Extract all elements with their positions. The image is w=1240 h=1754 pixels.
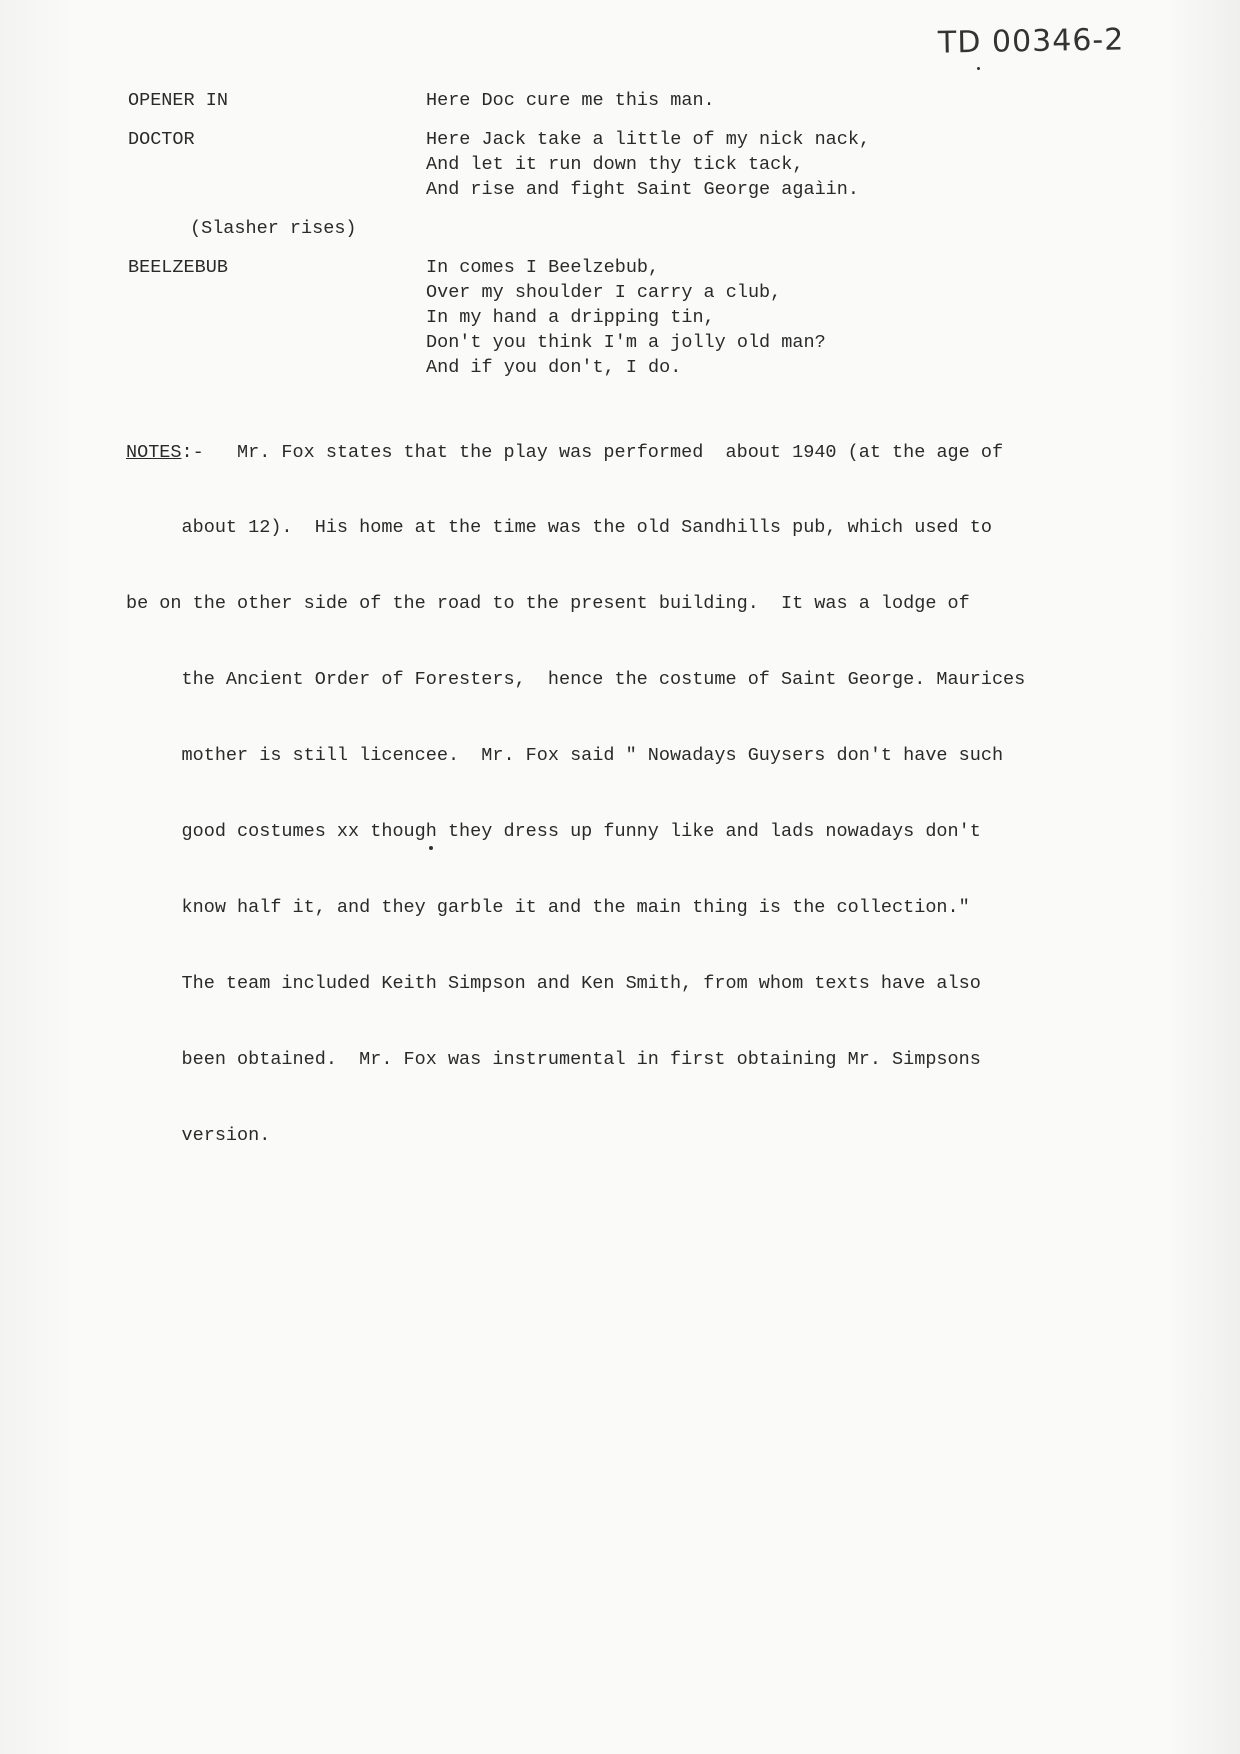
stage-direction: (Slasher rises) [190, 216, 357, 241]
notes-line: be on the other side of the road to the … [126, 591, 1126, 616]
paper-speck [977, 67, 980, 70]
speaker-doctor: DOCTOR [128, 127, 195, 153]
notes-line: the Ancient Order of Foresters, hence th… [126, 667, 1126, 692]
dialogue-line: And let it run down thy tick tack, [426, 152, 803, 178]
speaker-opener-in: OPENER IN [128, 88, 228, 114]
handwritten-reference-number: TD 00346-2 [938, 22, 1125, 60]
notes-line: know half it, and they garble it and the… [126, 895, 1126, 920]
notes-section: NOTES:- Mr. Fox states that the play was… [126, 389, 1126, 1199]
paper-speck [429, 846, 433, 850]
notes-label: NOTES [126, 442, 182, 463]
dialogue-line: Don't you think I'm a jolly old man? [426, 330, 826, 356]
dialogue-line: And if you don't, I do. [426, 355, 681, 381]
typed-document-page: TD 00346-2 OPENER IN Here Doc cure me th… [0, 0, 1240, 1754]
notes-line: mother is still licencee. Mr. Fox said "… [126, 743, 1126, 768]
dialogue-line: In comes I Beelzebub, [426, 255, 659, 281]
notes-line: about 12). His home at the time was the … [126, 515, 1126, 540]
notes-line: NOTES:- Mr. Fox states that the play was… [126, 440, 1126, 465]
notes-line: good costumes xx though they dress up fu… [126, 819, 1126, 844]
dialogue-line: In my hand a dripping tin, [426, 305, 715, 331]
dialogue-line: Here Jack take a little of my nick nack, [426, 127, 870, 153]
dialogue-line: Here Doc cure me this man. [426, 88, 715, 114]
dialogue-line: Over my shoulder I carry a club, [426, 280, 781, 306]
notes-line: The team included Keith Simpson and Ken … [126, 971, 1126, 996]
dialogue-line: And rise and fight Saint George agaìin. [426, 177, 859, 203]
speaker-beelzebub: BEELZEBUB [128, 255, 228, 281]
notes-line: been obtained. Mr. Fox was instrumental … [126, 1047, 1126, 1072]
notes-line: version. [126, 1123, 1126, 1148]
